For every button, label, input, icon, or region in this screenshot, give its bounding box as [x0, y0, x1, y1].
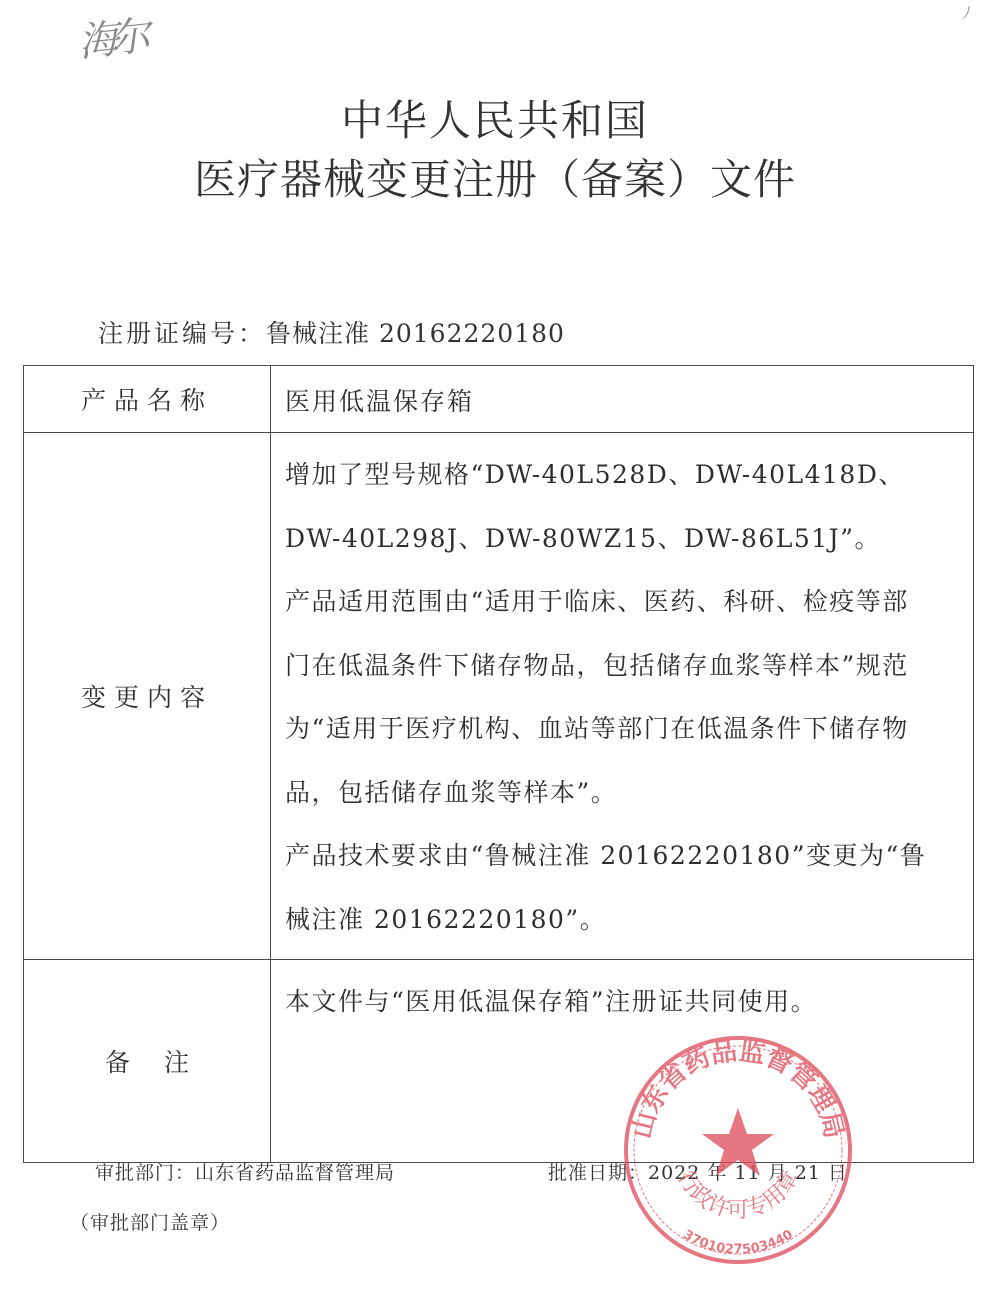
svg-text:行政许可专用章: 行政许可专用章 [672, 1166, 804, 1222]
star-icon [702, 1108, 774, 1176]
remark-line: 本文件与“医用低温保存箱”注册证共同使用。 [285, 970, 963, 1034]
change-content-label: 变更内容 [24, 433, 271, 960]
approval-department: 审批部门：山东省药品监督管理局 [95, 1158, 395, 1185]
document-title: 医疗器械变更注册（备案）文件 [0, 147, 990, 207]
change-line: 为“适用于医疗机构、血站等部门在低温条件下储存物 [285, 697, 963, 761]
handwritten-note: 海尔 [75, 5, 145, 68]
product-name-value: 医用低温保存箱 [271, 366, 974, 433]
document-title-country: 中华人民共和国 [0, 88, 990, 148]
approval-department-label: 审批部门： [95, 1162, 195, 1184]
seal-note: （审批部门盖章） [70, 1208, 230, 1235]
stamp-inner-text: 行政许可专用章 [672, 1166, 804, 1222]
change-line: 械注准 20162220180”。 [285, 888, 963, 952]
change-content-value: 增加了型号规格“DW-40L528D、DW-40L418D、 DW-40L298… [271, 433, 974, 960]
registration-number-label: 注册证编号： [98, 319, 266, 348]
change-line: DW-40L298J、DW-80WZ15、DW-86L51J”。 [285, 507, 963, 571]
corner-mark: ﾉ [963, 0, 971, 23]
product-name-text: 医用低温保存箱 [285, 382, 963, 418]
table-row-product-name: 产品名称 医用低温保存箱 [24, 366, 974, 433]
product-name-label: 产品名称 [24, 366, 271, 433]
registration-number-line: 注册证编号：鲁械注准 20162220180 [98, 314, 565, 350]
remarks-label: 备注 [24, 960, 271, 1163]
change-line: 增加了型号规格“DW-40L528D、DW-40L418D、 [285, 443, 963, 507]
official-seal-stamp: 山东省药品监督管理局 行政许可专用章 3701027503440 [618, 1030, 858, 1270]
change-line: 产品技术要求由“鲁械注准 20162220180”变更为“鲁 [285, 824, 963, 888]
change-line: 门在低温条件下储存物品，包括储存血浆等样本”规范 [285, 634, 963, 698]
change-line: 品，包括储存血浆等样本”。 [285, 761, 963, 825]
registration-number-value: 鲁械注准 20162220180 [266, 319, 565, 348]
table-row-change-content: 变更内容 增加了型号规格“DW-40L528D、DW-40L418D、 DW-4… [24, 433, 974, 960]
approval-department-value: 山东省药品监督管理局 [195, 1162, 395, 1184]
change-line: 产品适用范围由“适用于临床、医药、科研、检疫等部 [285, 570, 963, 634]
